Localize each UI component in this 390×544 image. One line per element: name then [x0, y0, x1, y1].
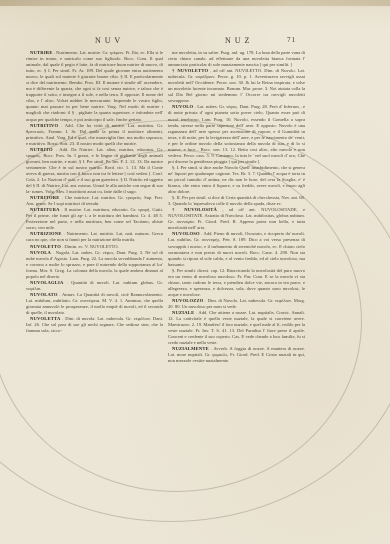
- dictionary-entry: NUVOLO . Lat. nubes. Gr. νέφος. Dant. Pu…: [168, 104, 305, 164]
- definition: me nuvoletta, in su salire. Purg. anl. u…: [168, 50, 305, 67]
- headword: NUTRITORE: [30, 195, 60, 200]
- headword: NUVOLOSO: [172, 231, 200, 236]
- dictionary-entry: NUVOLOZZO . Dim. di Nuvolo. Lat. nubecul…: [168, 298, 305, 310]
- definition: . Nutrimento. Lat. nutrire. Gr. τρέφειν.…: [26, 50, 163, 122]
- headword: NUTRITO: [30, 147, 53, 152]
- definition: , ad off ant. NUVILETTO. Dim. di Nuvolo.…: [168, 68, 305, 103]
- definition: . Add. Che attiene a nozze. Lat. nuptial…: [168, 310, 305, 345]
- dictionary-entry: §. II. Per per simil. si dice di Certa q…: [168, 195, 305, 207]
- dictionary-entry: NUVOLATO . Annuv. La Quantità di nuvoli,…: [26, 292, 163, 316]
- dictionary-entry: me nuvoletta, in su salire. Purg. anl. u…: [168, 50, 305, 68]
- headword: NUVOLATO: [30, 292, 58, 297]
- dictionary-entry: NUZIALMENTE . Avverb. A foggia di nozze.…: [168, 346, 305, 364]
- dictionary-entry: † NUVOLETTO , ad off ant. NUVILETTO. Dim…: [168, 68, 305, 104]
- dictionary-entry: NUTRITO . Add. Da Nutrire. Lat. altus, n…: [26, 147, 163, 195]
- headword: NUTRITURA: [30, 207, 60, 212]
- definition: §. I. Per simil. si dice anche Nuvolo Qu…: [168, 165, 305, 194]
- dictionary-entry: † NUVOLOSITÀ , ad off ant. NUVOLOSITADE,…: [168, 207, 305, 231]
- headword: † NUVOLETTO: [172, 68, 208, 73]
- headword: † NUVOLOSITÀ: [172, 207, 217, 212]
- left-column: NUTRIRE . Nutrimento. Lat. nutrire. Gr. …: [26, 50, 163, 334]
- dictionary-entry: §. I. Per simil. si dice anche Nuvolo Qu…: [168, 165, 305, 195]
- headword: NUVOLETTA: [30, 316, 60, 321]
- dictionary-entry: NUVOLA . Nugola. Lat. nubes. Gr. νέφος. …: [26, 250, 163, 280]
- dictionary-entry: NUTRIZIONE . Nutrimento. Lat. nutritio. …: [26, 231, 163, 243]
- definition: . Add. Pieno di nuvoli, Oscurato, e rico…: [168, 231, 305, 266]
- right-column: me nuvoletta, in su salire. Purg. anl. u…: [168, 50, 305, 364]
- headword: NUVOLAGLIA: [30, 280, 64, 285]
- running-head-left: N U V: [95, 36, 121, 45]
- definition: . Dimin. ec. V. NUVOLETTO.: [61, 244, 119, 249]
- dictionary-entry: NUVOLAGLIA . Quantità di nuvoli. Lat. nu…: [26, 280, 163, 292]
- dictionary-entry: NUTRITORE . Che nutrisce. Lat. nutritor.…: [26, 195, 163, 207]
- page-top-edge: [0, 0, 390, 6]
- dictionary-entry: NUVOLETTA . Dim. di nuvola. Lat. nubecul…: [26, 316, 163, 334]
- headword: NUVOLO: [172, 104, 193, 109]
- document-page: N U V N U Z 71 NUTRIRE . Nutrimento. Lat…: [0, 0, 390, 544]
- headword: NUTRIRE: [30, 50, 53, 55]
- running-header: N U V N U Z 71: [25, 36, 307, 48]
- headword: NUTRIZIONE: [30, 231, 62, 236]
- dictionary-entry: NUVOLOSO . Add. Pieno di nuvoli, Oscurat…: [168, 231, 305, 267]
- dictionary-entry: NUTRITURA . Il nutrire. Lat. nutritura, …: [26, 207, 163, 231]
- definition: . Add. Da Nutrire. Lat. altus, nutritus,…: [26, 147, 163, 194]
- headword: NUVOLOZZO: [172, 298, 204, 303]
- headword: NUZIALE: [172, 310, 194, 315]
- definition: §. II. Per per simil. si dice di Certa q…: [168, 195, 305, 206]
- dictionary-entry: NUTRITIVO . Add. Che ha virtù di nutrire…: [26, 123, 163, 147]
- definition: §. Per simili. dicesi. cap. 12. Rinavica…: [168, 268, 305, 297]
- dictionary-entry: §. Per simili. dicesi. cap. 12. Rinavica…: [168, 268, 305, 298]
- headword: NUZIALMENTE: [172, 346, 209, 351]
- definition: . Lat. nubes. Gr. νέφος. Dant. Purg. 28.…: [168, 104, 305, 163]
- headword: NUVOLA: [30, 250, 51, 255]
- running-head-right: N U Z: [225, 36, 250, 45]
- headword: NUVOLETTO: [30, 244, 61, 249]
- headword: NUTRITIVO: [30, 123, 58, 128]
- dictionary-entry: NUZIALE . Add. Che attiene a nozze. Lat.…: [168, 310, 305, 346]
- dictionary-entry: NUTRIRE . Nutrimento. Lat. nutrire. Gr. …: [26, 50, 163, 123]
- page-number: 71: [287, 36, 296, 44]
